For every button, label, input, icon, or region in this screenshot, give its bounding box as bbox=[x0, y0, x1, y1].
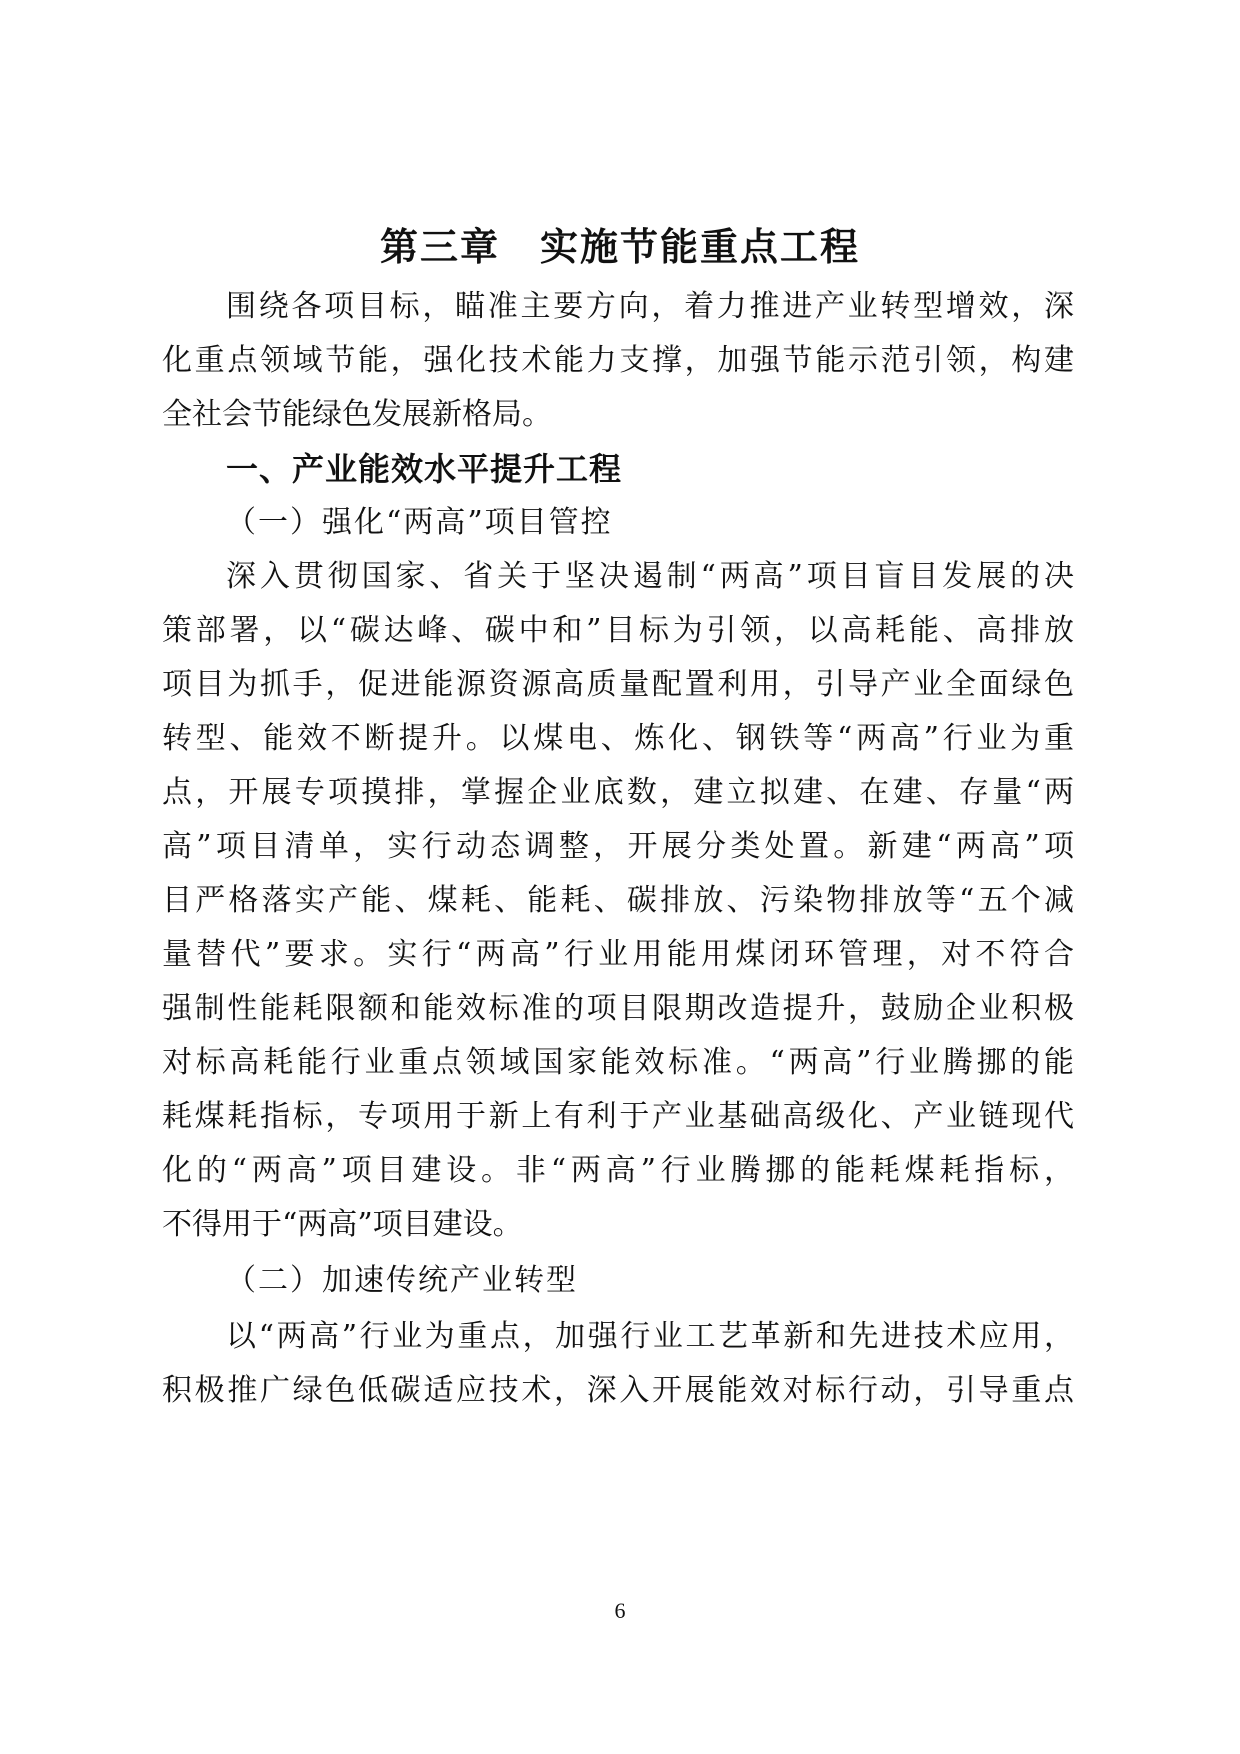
intro-paragraph-line: 围绕各项目标，瞄准主要方向，着力推进产业转型增效，深 bbox=[226, 282, 1074, 332]
paragraph-line: 化的“两高”项目建设。非“两高”行业腾挪的能耗煤耗指标， bbox=[162, 1146, 1074, 1196]
paragraph-line: 点，开展专项摸排，掌握企业底数，建立拟建、在建、存量“两 bbox=[162, 768, 1074, 818]
intro-paragraph-line: 化重点领域节能，强化技术能力支撑，加强节能示范引领，构建 bbox=[162, 336, 1074, 386]
subsection-heading: （一）强化“两高”项目管控 bbox=[226, 498, 613, 548]
paragraph-line: 耗煤耗指标，专项用于新上有利于产业基础高级化、产业链现代 bbox=[162, 1092, 1074, 1142]
paragraph-line: 积极推广绿色低碳适应技术，深入开展能效对标行动，引导重点 bbox=[162, 1366, 1074, 1416]
chapter-title: 第三章 实施节能重点工程 bbox=[0, 222, 1240, 272]
paragraph-line: 项目为抓手，促进能源资源高质量配置利用，引导产业全面绿色 bbox=[162, 660, 1074, 710]
paragraph-line: 转型、能效不断提升。以煤电、炼化、钢铁等“两高”行业为重 bbox=[162, 714, 1074, 764]
page-number: 6 bbox=[0, 1596, 1240, 1626]
paragraph-line: 策部署，以“碳达峰、碳中和”目标为引领，以高耗能、高排放 bbox=[162, 606, 1074, 656]
paragraph-line: 不得用于“两高”项目建设。 bbox=[162, 1200, 1074, 1250]
paragraph-line: 高”项目清单，实行动态调整，开展分类处置。新建“两高”项 bbox=[162, 822, 1074, 872]
section-heading: 一、产业能效水平提升工程 bbox=[226, 444, 622, 494]
paragraph-line: 目严格落实产能、煤耗、能耗、碳排放、污染物排放等“五个减 bbox=[162, 876, 1074, 926]
paragraph-line: 对标高耗能行业重点领域国家能效标准。“两高”行业腾挪的能 bbox=[162, 1038, 1074, 1088]
subsection-heading: （二）加速传统产业转型 bbox=[226, 1256, 578, 1306]
paragraph-line: 强制性能耗限额和能效标准的项目限期改造提升，鼓励企业积极 bbox=[162, 984, 1074, 1034]
intro-paragraph-line: 全社会节能绿色发展新格局。 bbox=[162, 390, 1074, 440]
document-page: 第三章 实施节能重点工程 围绕各项目标，瞄准主要方向，着力推进产业转型增效，深 … bbox=[0, 0, 1240, 1754]
paragraph-line: 以“两高”行业为重点，加强行业工艺革新和先进技术应用， bbox=[226, 1312, 1074, 1362]
paragraph-line: 深入贯彻国家、省关于坚决遏制“两高”项目盲目发展的决 bbox=[226, 552, 1074, 602]
paragraph-line: 量替代”要求。实行“两高”行业用能用煤闭环管理，对不符合 bbox=[162, 930, 1074, 980]
